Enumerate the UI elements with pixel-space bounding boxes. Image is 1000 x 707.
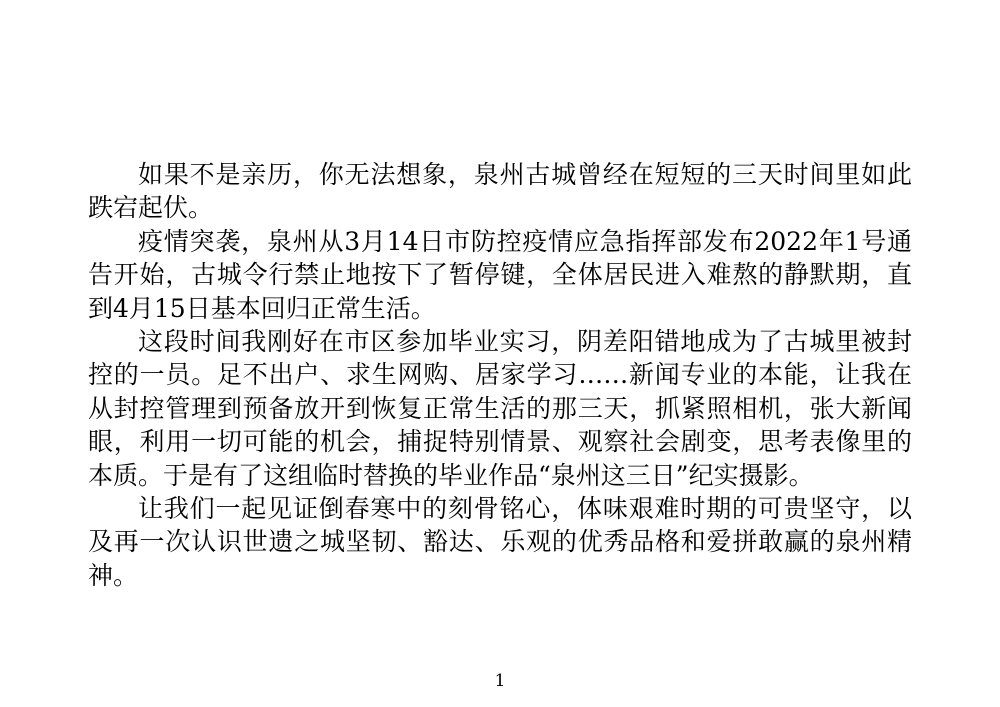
paragraph-closing: 让我们一起见证倒春寒中的刻骨铭心，体味艰难时期的可贵坚守，以及再一次认识世遗之城… [88, 492, 912, 592]
text-body: 如果不是亲历，你无法想象，泉州古城曾经在短短的三天时间里如此跌宕起伏。 疫情突袭… [88, 158, 912, 592]
page-number: 1 [0, 671, 1000, 691]
document-page: 如果不是亲历，你无法想象，泉州古城曾经在短短的三天时间里如此跌宕起伏。 疫情突袭… [0, 0, 1000, 707]
paragraph-internship: 这段时间我刚好在市区参加毕业实习，阴差阳错地成为了古城里被封控的一员。足不出户、… [88, 325, 912, 492]
paragraph-outbreak: 疫情突袭，泉州从3月14日市防控疫情应急指挥部发布2022年1号通告开始，古城令… [88, 225, 912, 325]
paragraph-intro: 如果不是亲历，你无法想象，泉州古城曾经在短短的三天时间里如此跌宕起伏。 [88, 158, 912, 225]
